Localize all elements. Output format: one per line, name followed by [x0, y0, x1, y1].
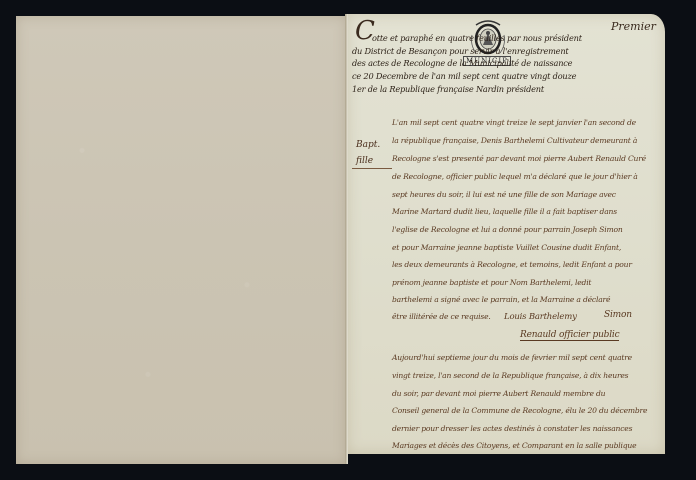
header-line: des actes de Recologne de la Municipalit… [352, 58, 572, 68]
page-heading: Premier [611, 20, 656, 33]
entry-line: Aujourd'hui septieme jour du mois de fev… [392, 353, 632, 362]
entry-line: dernier pour dresser les actes destinés … [392, 424, 632, 433]
entry-line: et pour Marraine jeanne baptiste Vuillet… [392, 243, 621, 252]
header-line: ce 20 Decembre de l'an mil sept cent qua… [352, 71, 576, 81]
left-blank-page [16, 16, 346, 464]
margin-note-fille: fille [356, 156, 373, 166]
entry-line: être illitérée de ce requise. [392, 312, 491, 321]
signature-officer: Renauld officier public [520, 330, 619, 341]
entry-line: du soir, par devant moi pierre Aubert Re… [392, 389, 605, 398]
header-line: otte et paraphé en quatre feuilles par n… [372, 33, 582, 43]
entry-line: prénom jeanne baptiste et pour Nom Barth… [392, 278, 591, 287]
signature-simon: Simon [604, 310, 632, 320]
entry-line: vingt treize, l'an second de la Republiq… [392, 371, 628, 380]
entry-line: l'eglise de Recologne et lui a donné pou… [392, 225, 623, 234]
entry-line: la république française, Denis Barthelem… [392, 136, 637, 145]
entry-line: les deux demeurants à Recologne, et temo… [392, 260, 632, 269]
entry-line: barthelemi a signé avec le parrain, et l… [392, 295, 610, 304]
entry-line: Mariages et décès des Citoyens, et Compa… [392, 441, 636, 450]
entry-line: Recologne s'est presenté par devant moi … [392, 154, 646, 163]
entry-line: Conseil general de la Commune de Recolog… [392, 406, 647, 415]
entry-line: L'an mil sept cent quatre vingt treize l… [392, 118, 636, 127]
entry-line: de Recologne, officier public lequel m'a… [392, 172, 638, 181]
margin-note-bapt: Bapt. [356, 140, 380, 150]
margin-rule [352, 168, 392, 169]
entry-line: Marine Martard dudit lieu, laquelle fill… [392, 207, 617, 216]
page-fold [345, 14, 348, 464]
header-line: 1er de la Republique française Nardin pr… [352, 84, 544, 94]
entry-line: sept heures du soir, il lui est né une f… [392, 190, 616, 199]
signature-barthelemy: Louis Barthelemy [504, 312, 577, 322]
header-line: du District de Besançon pour servir à l'… [352, 46, 569, 56]
